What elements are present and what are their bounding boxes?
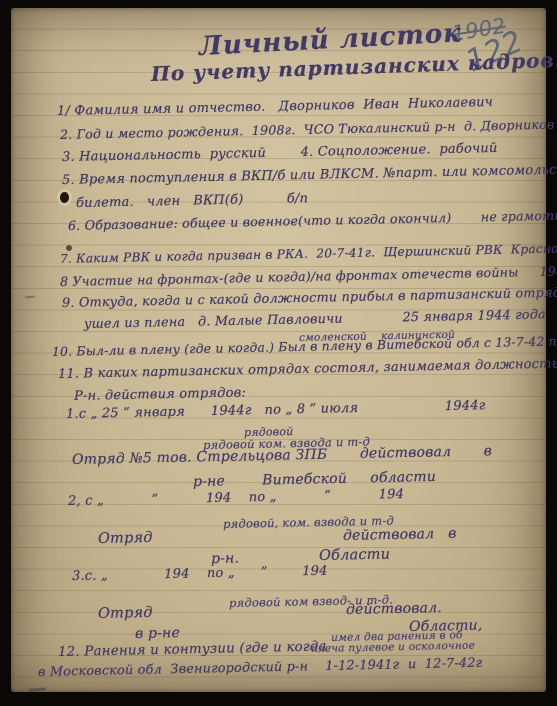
entry3-unit: Отряд [98,605,153,622]
paper-sheet: 1902 122 Личный листок По учету партизан… [11,8,546,692]
field-surname: 1/ Фамилия имя и отчество. Дворников Ива… [57,95,493,119]
field-birth: 2. Год и место рождения. 1908г. ЧСО Тюка… [60,117,555,142]
entry3-area-rn: в р-не [135,625,180,642]
pencil-dash [29,687,46,691]
field-nationality-social: 3. Национальность русский 4. Соцположени… [62,141,498,165]
field-arrival-line2: ушел из плена д. Малые Павловичи 25 янва… [84,307,546,332]
wounds-detail: в Московской обл Звенигородский р-н 1-12… [38,656,483,680]
entry2-unit: Отряд [98,530,153,547]
ink-stain [66,245,72,251]
field-education: 6. Образование: общее и военное(что и ко… [68,208,557,233]
punch-hole [60,192,69,203]
wounds-question: 12. Ранения и контузии (где и когда [58,639,327,660]
field-units-line2: Р-н. действия отрядов: [74,385,246,404]
field-draft: 7. Каким РВК и когда призван в РКА. 20-7… [60,240,557,266]
entry3-dates: 3.с. „ 194 по „ ” 194 [72,564,328,584]
field-units-line1: 11. В каких партизанских отрядах состоял… [58,356,557,382]
field-party-line2: билета. член ВКП(б) б/п [76,191,308,211]
pencil-dash [25,295,35,298]
entry2-area-rn: р-н. [211,550,240,567]
field-arrival-line1: 9. Откуда, когда и с какой должности при… [62,286,557,311]
scanned-document: 1902 122 Личный листок По учету партизан… [0,0,557,706]
entry2-acted: действовал в [343,526,457,544]
entry1-unit: Отряд №5 тов. Стрельцова ЗПБ действовал … [72,443,492,468]
field-party-line1: 5. Время поступления в ВКП/б или ВЛКСМ. … [62,162,557,188]
entry3-acted: действовал. [346,600,442,618]
field-fronts: 8 Участие на фронтах-(где и когда)/на фр… [60,263,557,289]
entry2-area-obl: Области [319,547,391,564]
wounds-superscript-line2: плеча пулевое и осколочное [311,640,475,655]
entry2-dates: 2, с „ ” 194 по „ ” 194 [68,487,404,509]
